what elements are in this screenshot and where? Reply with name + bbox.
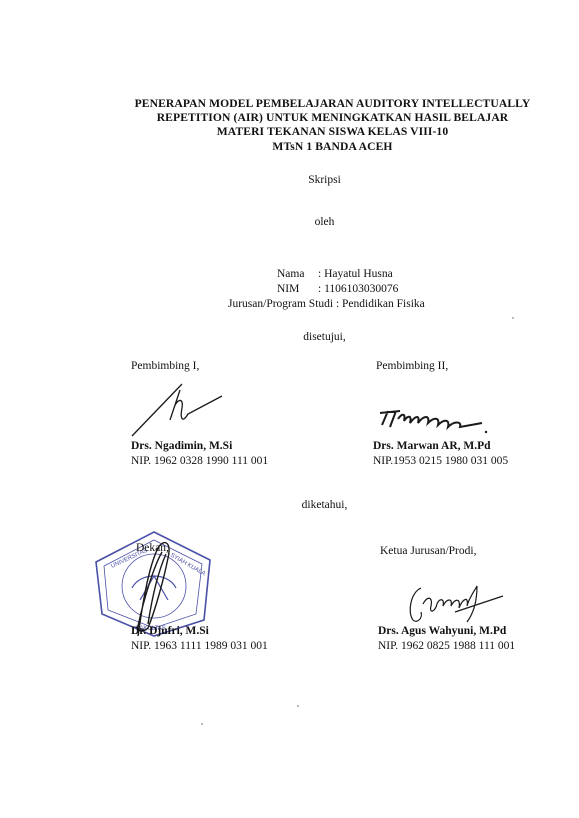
dean-name: Dr. Djufri, M.Si [131,625,209,637]
head-signature-icon [405,582,510,627]
title-line-1: PENERAPAN MODEL PEMBELAJARAN AUDITORY IN… [86,97,579,111]
acknowledged-label: diketahui, [0,499,579,511]
program-line: Jurusan/Program Studi : Pendidikan Fisik… [228,297,425,312]
advisor1-signature-icon [130,378,230,438]
scan-speck [201,723,203,725]
dean-nip: NIP. 1963 1111 1989 031 001 [131,640,268,652]
advisor2-role: Pembimbing II, [376,360,448,372]
dean-role: Dekan, [136,542,169,554]
scan-speck [512,317,514,319]
advisor1-name: Drs. Ngadimin, M.Si [131,440,232,452]
student-info: Nama: Hayatul Husna NIM: 1106103030076 J… [228,267,425,312]
nim-value: : 1106103030076 [318,283,398,295]
head-name: Drs. Agus Wahyuni, M.Pd [378,625,506,637]
advisor2-signature-icon [378,405,493,435]
nim-label: NIM [277,282,318,297]
head-role: Ketua Jurusan/Prodi, [380,545,476,557]
advisor2-name: Drs. Marwan AR, M.Pd [373,440,491,452]
title-line-3: MATERI TEKANAN SISWA KELAS VIII-10 [86,125,579,139]
by-label: oleh [0,216,579,228]
approved-label: disetujui, [0,331,579,343]
svg-text:SYIAH KUALA: SYIAH KUALA [169,553,206,578]
advisor2-nip: NIP.1953 0215 1980 031 005 [373,455,508,467]
name-label: Nama [277,267,318,282]
advisor1-nip: NIP. 1962 0328 1990 111 001 [131,455,268,467]
title-line-2: REPETITION (AIR) UNTUK MENINGKATKAN HASI… [86,111,579,125]
name-value: : Hayatul Husna [318,268,393,280]
advisor1-role: Pembimbing I, [131,360,199,372]
title-line-4: MTsN 1 BANDA ACEH [86,140,579,154]
head-nip: NIP. 1962 0825 1988 111 001 [378,640,515,652]
scan-speck [297,705,299,707]
thesis-title: PENERAPAN MODEL PEMBELAJARAN AUDITORY IN… [0,97,579,154]
document-type: Skripsi [0,174,579,186]
